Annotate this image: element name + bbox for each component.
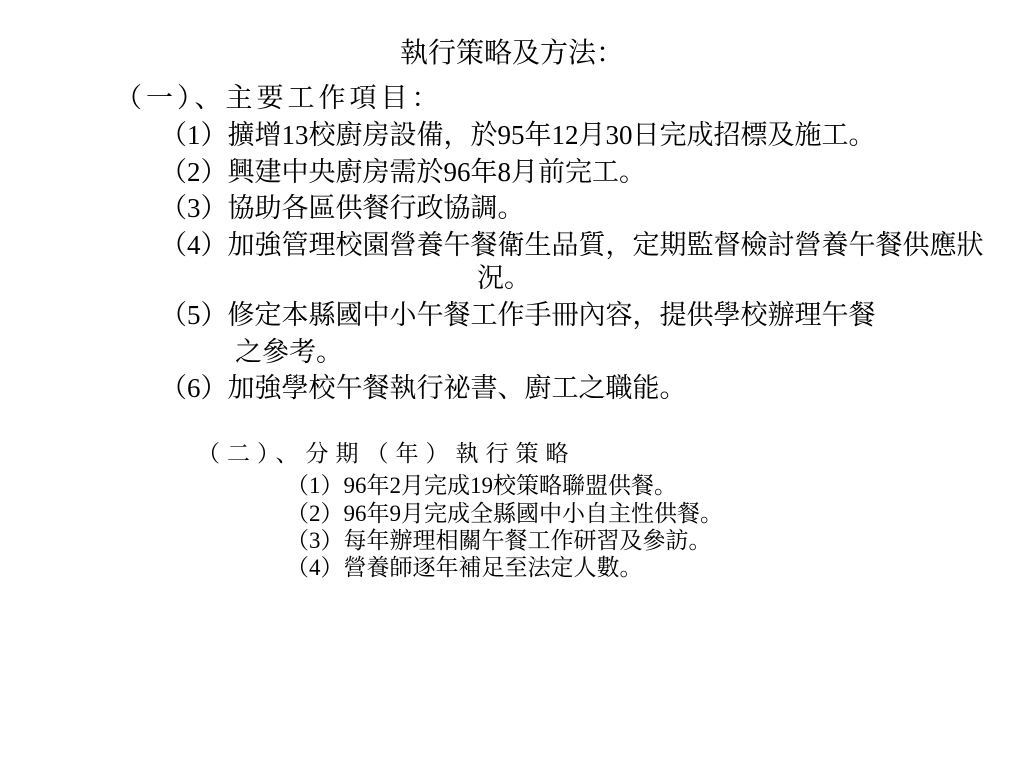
section1-item-4: （4）加強管理校園營養午餐衛生品質，定期監督檢討營養午餐供應狀 [160,232,984,259]
section1-item-5-continuation: 之參考。 [235,339,343,366]
section1-item-3: （3）協助各區供餐行政協調。 [160,195,525,222]
section1-item-4-continuation: 況。 [477,265,531,292]
section2-heading: （二）、分期（年）執行策略 [197,442,576,465]
section2-item-3: （3）每年辦理相關午餐工作研習及參訪。 [286,529,712,552]
section2-item-1: （1）96年2月完成19校策略聯盟供餐。 [286,474,677,497]
slide-title: 執行策略及方法： [0,40,1024,68]
presentation-slide: 執行策略及方法： （一）、主要工作項目： （1）擴增13校廚房設備，於95年12… [0,0,1024,768]
section1-item-6: （6）加強學校午餐執行祕書、廚工之職能。 [160,375,687,402]
section2-item-4: （4）營養師逐年補足至法定人數。 [286,556,643,579]
section1-item-5: （5）修定本縣國中小午餐工作手冊內容，提供學校辦理午餐 [160,302,876,329]
section1-item-1: （1）擴增13校廚房設備，於95年12月30日完成招標及施工。 [160,122,876,149]
section2-item-2: （2）96年9月完成全縣國中小自主性供餐。 [286,502,723,525]
section1-item-2: （2）興建中央廚房需於96年8月前完工。 [160,159,646,186]
section1-heading: （一）、主要工作項目： [115,85,443,112]
